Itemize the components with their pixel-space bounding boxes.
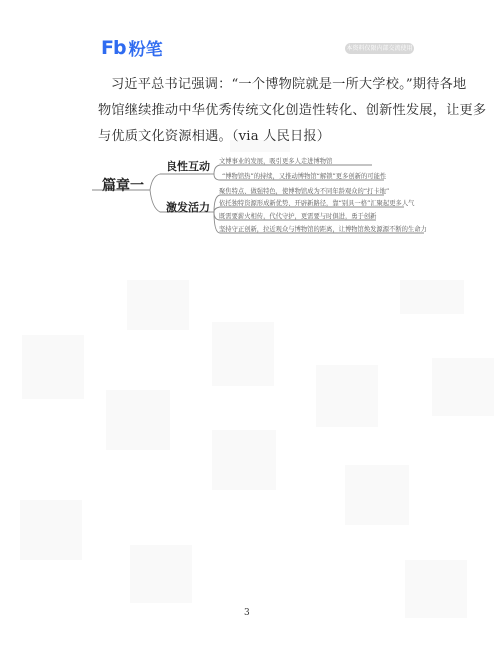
watermark <box>106 390 170 450</box>
mindmap-connectors <box>0 0 500 260</box>
watermark <box>405 560 467 618</box>
mindmap-leaf: “博物馆热”的持续，又推动博物馆“解锁”更多创新的可能性 <box>222 171 386 180</box>
watermark <box>130 545 192 603</box>
watermark <box>20 500 82 560</box>
watermark <box>316 365 378 427</box>
mindmap-leaf: 依托独特资源形成新优势、开辟新路径，靠“别具一格”汇聚起更多人气 <box>219 198 414 207</box>
mindmap-leaf: 坚持守正创新，拉近观众与博物馆的距离，让博物馆焕发源源不断的生命力 <box>219 224 427 233</box>
watermark <box>345 465 409 525</box>
mindmap-branch: 良性互动 <box>166 158 210 174</box>
watermark <box>212 430 276 490</box>
mindmap-leaf: 文博事业的发展，吸引更多人走进博物馆 <box>219 156 332 165</box>
mindmap-branch: 激发活力 <box>166 199 210 215</box>
watermark <box>400 280 464 314</box>
page-number: 3 <box>244 608 250 618</box>
watermark <box>432 358 494 416</box>
mindmap-leaf: 既需要薪火相传，代代守护，更需要与时俱进，勇于创新 <box>219 211 376 220</box>
watermark <box>212 322 274 386</box>
watermark <box>22 335 84 399</box>
mindmap-leaf: 聚焦特点、做强特色，使博物馆成为不同年龄观众的“打卡地” <box>219 186 389 195</box>
mindmap-root: 篇章一 <box>102 175 144 195</box>
watermark <box>127 280 189 330</box>
